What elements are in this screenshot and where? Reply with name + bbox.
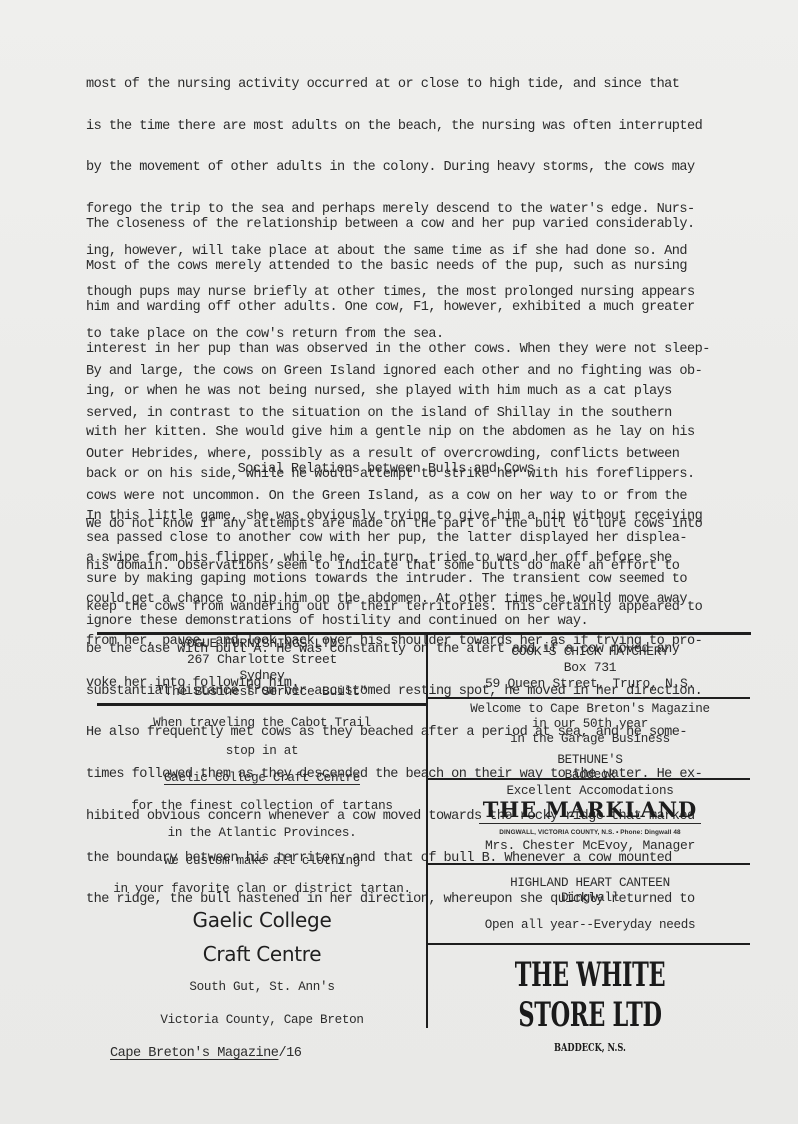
ad-text-line: stop in at: [98, 738, 426, 766]
ad-slogan: "The Business Service Built": [98, 684, 426, 700]
ad-highland-heart-canteen: HIGHLAND HEART CANTEEN Dingwall Open all…: [430, 876, 750, 933]
ad-street: 267 Charlotte Street: [98, 652, 426, 668]
ad-box: Box 731: [430, 660, 750, 676]
text-line: We do not know if any attempts are made …: [86, 518, 766, 532]
ad-divider-left: [97, 703, 427, 706]
ad-bethunes: Welcome to Cape Breton's Magazine in our…: [430, 702, 750, 783]
ad-city: Sydney: [98, 668, 426, 684]
ad-section-top-rule: [97, 632, 751, 635]
ad-text-line: in your favorite clan or district tartan…: [98, 876, 426, 904]
ad-text-line: We custom make all clothing: [98, 848, 426, 876]
page-number: /16: [278, 1046, 301, 1061]
ad-contact: DINGWALL, VICTORIA COUNTY, N.S. • Phone:…: [430, 828, 750, 838]
text-line: Most of the cows merely attended to the …: [86, 260, 766, 274]
text-line: By and large, the cows on Green Island i…: [86, 365, 766, 379]
ad-divider-right-3: [428, 863, 750, 865]
ad-town: BADDECK, N.S.: [470, 1041, 710, 1055]
ad-underlined-name: Gaelic College Craft Centre: [164, 771, 360, 785]
ad-business-name: COOK'S CHICK HATCHERY: [430, 644, 750, 660]
ad-manager: Mrs. Chester McEvoy, Manager: [430, 838, 750, 853]
ad-brand-name: THE MARKLAND: [479, 798, 702, 824]
ad-address: 59 Queen Street, Truro, N.S.: [430, 676, 750, 692]
ad-vogue-furnishings: VOGUE FURNISHINGS LTD. 267 Charlotte Str…: [98, 636, 426, 700]
ad-text-line: in the Garage Business: [430, 732, 750, 747]
ad-divider-right-1: [428, 697, 750, 699]
ad-business-name: VOGUE FURNISHINGS LTD.: [98, 636, 426, 652]
text-line: is the time there are most adults on the…: [86, 120, 766, 134]
magazine-page: most of the nursing activity occurred at…: [0, 0, 798, 1124]
ad-column-divider: [426, 632, 428, 1028]
text-line: by the movement of other adults in the c…: [86, 161, 766, 175]
page-footer: Cape Breton's Magazine/16: [110, 1046, 301, 1061]
ad-the-markland: Excellent Accomodations THE MARKLAND DIN…: [430, 784, 750, 853]
publication-title: Cape Breton's Magazine: [110, 1046, 278, 1061]
ad-text-line: in the Atlantic Provinces.: [98, 820, 426, 848]
ad-brand-name: Craft Centre: [98, 937, 426, 971]
ad-business-name: BETHUNE'S: [430, 753, 750, 768]
section-heading: Social Relations between Bulls and Cows: [86, 462, 686, 477]
text-line: served, in contrast to the situation on …: [86, 407, 766, 421]
text-line: Outer Hebrides, where, possibly as a res…: [86, 448, 766, 462]
ad-town: Dingwall: [430, 891, 750, 906]
ad-brand-name: THE WHITE STORE LTD: [484, 955, 695, 1035]
ad-address: Victoria County, Cape Breton: [98, 1004, 426, 1037]
ad-text-line: in our 50th year: [430, 717, 750, 732]
text-line: his domain. Observations seem to indicat…: [86, 560, 766, 574]
ad-white-store: THE WHITE STORE LTD BADDECK, N.S.: [430, 955, 750, 1055]
text-line: keep the cows from wandering out of thei…: [86, 601, 766, 615]
ad-text-line: for the finest collection of tartans: [98, 793, 426, 821]
ad-cooks-chick-hatchery: COOK'S CHICK HATCHERY Box 731 59 Queen S…: [430, 644, 750, 692]
ad-brand-name: Gaelic College: [98, 903, 426, 937]
ad-divider-right-4: [428, 943, 750, 945]
ad-text-line: When traveling the Cabot Trail: [98, 710, 426, 738]
ad-text-line: Welcome to Cape Breton's Magazine: [430, 702, 750, 717]
ad-tagline: Excellent Accomodations: [430, 784, 750, 798]
ad-business-name: HIGHLAND HEART CANTEEN: [430, 876, 750, 891]
text-line: The closeness of the relationship betwee…: [86, 218, 766, 232]
ad-address: South Gut, St. Ann's: [98, 971, 426, 1004]
text-line: most of the nursing activity occurred at…: [86, 78, 766, 92]
text-line: him and warding off other adults. One co…: [86, 301, 766, 315]
ad-gaelic-college: When traveling the Cabot Trail stop in a…: [98, 710, 426, 1037]
ad-town: Baddeck: [430, 768, 750, 783]
ad-slogan: Open all year--Everyday needs: [430, 918, 750, 933]
